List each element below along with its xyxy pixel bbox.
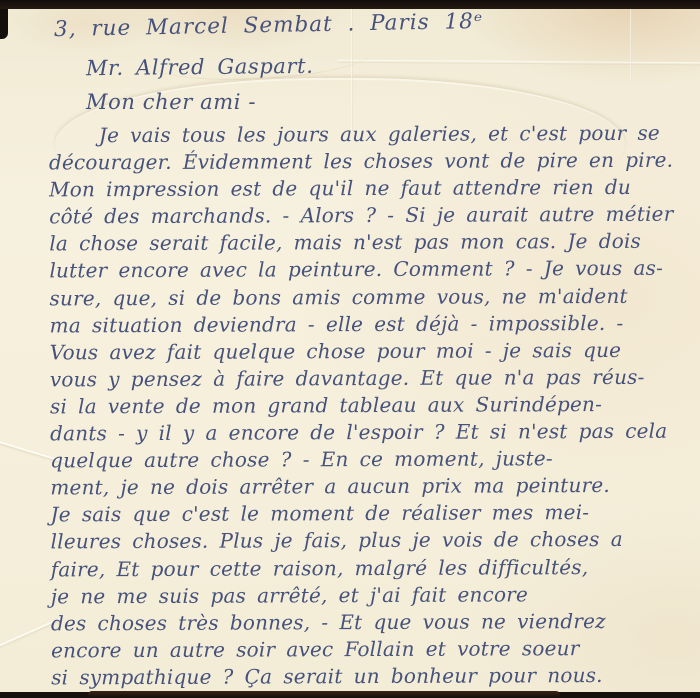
letter-line: Je sais que c'est le moment de réaliser … <box>50 499 700 529</box>
scan-edge-bottom <box>88 691 560 698</box>
letter-line: si la vente de mon grand tableau aux Sur… <box>50 391 700 421</box>
letter-line: faire, Et pour cette raison, malgré les … <box>51 553 700 583</box>
scan-edge-top-left-notch <box>0 9 8 39</box>
letter-line: dants - y il y a encore de l'espoir ? Et… <box>50 418 700 448</box>
letter-line: si sympathique ? Ça serait un bonheur po… <box>51 661 700 691</box>
scan-edge-top <box>0 0 700 9</box>
letter-line: sure, que, si de bons amis comme vous, n… <box>49 282 699 312</box>
letter-line: je ne me suis pas arrêté, et j'ai fait e… <box>51 580 700 610</box>
letter-line: lleures choses. Plus je fais, plus je vo… <box>51 526 700 556</box>
letter-line: Je vais tous les jours aux galeries, et … <box>49 120 699 150</box>
letter-line: lutter encore avec la peinture. Comment … <box>49 255 699 285</box>
letter-line: décourager. Évidemment les choses vont d… <box>49 147 699 177</box>
recipient-name: Mr. Alfred Gaspart. <box>86 54 314 80</box>
letter-line: côté des marchands. - Alors ? - Si je au… <box>49 201 699 231</box>
letter-line: des choses très bonnes, - Et que vous ne… <box>51 607 700 637</box>
letter-line: encore un autre soir avec Follain et vot… <box>51 634 700 664</box>
scanned-letter: 3, rue Marcel Sembat . Paris 18ᵉ Mr. Alf… <box>0 0 700 698</box>
letter-line: ment, je ne dois arrêter a aucun prix ma… <box>50 472 700 502</box>
salutation: Mon cher ami - <box>86 90 256 114</box>
letter-line: vous y pensez à faire davantage. Et que … <box>50 363 700 393</box>
letter-line: quelque autre chose ? - En ce moment, ju… <box>50 445 700 475</box>
letter-line: Mon impression est de qu'il ne faut atte… <box>49 174 699 204</box>
letter-line: Vous avez fait quelque chose pour moi - … <box>50 336 700 366</box>
letter-line: la chose serait facile, mais n'est pas m… <box>49 228 699 258</box>
letter-line: ma situation deviendra - elle est déjà -… <box>50 309 700 339</box>
letter-body: Je vais tous les jours aux galeries, et … <box>49 120 700 692</box>
